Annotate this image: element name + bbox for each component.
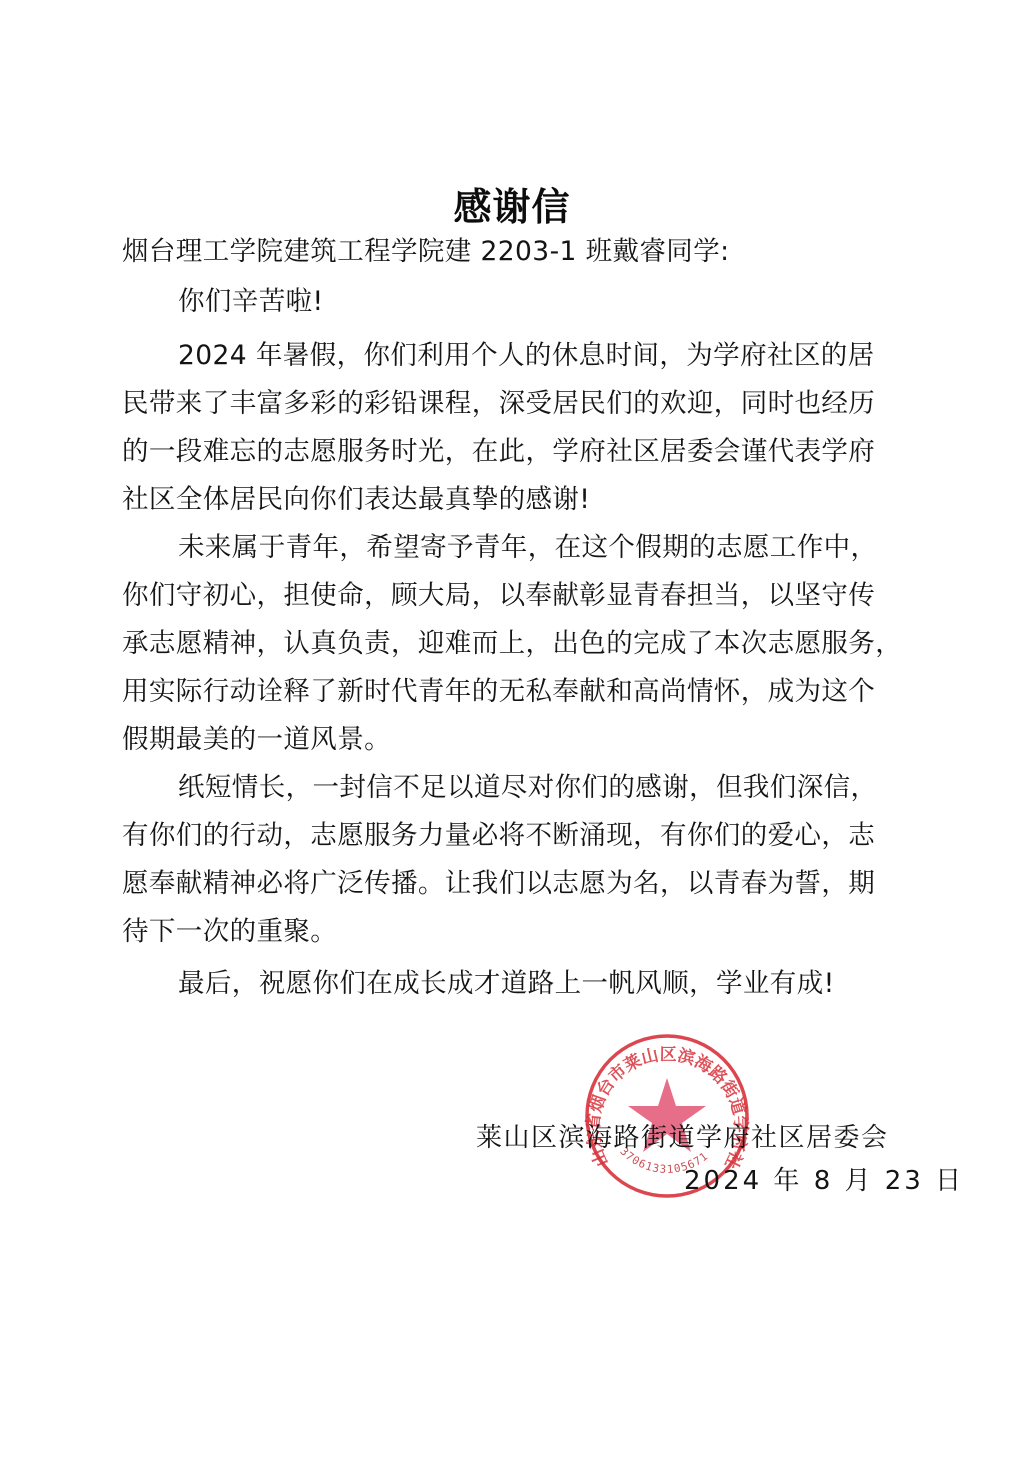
signature-organization: 莱山区滨海路街道学府社区居委会 — [476, 1117, 889, 1154]
letter-page: 感谢信 烟台理工学院建筑工程学院建 2203-1 班戴睿同学: 你们辛苦啦! 2… — [0, 0, 1024, 1466]
paragraph-line: 待下一次的重聚。 — [122, 916, 912, 948]
paragraph-line: 纸短情长，一封信不足以道尽对你们的感谢，但我们深信， — [178, 772, 968, 804]
paragraph-line: 的一段难忘的志愿服务时光，在此，学府社区居委会谨代表学府 — [122, 436, 912, 468]
paragraph-line: 民带来了丰富多彩的彩铅课程，深受居民们的欢迎，同时也经历 — [122, 388, 912, 420]
paragraph-line: 2024 年暑假，你们利用个人的休息时间，为学府社区的居 — [178, 340, 968, 372]
paragraph-line: 愿奉献精神必将广泛传播。让我们以志愿为名，以青春为誓，期 — [122, 868, 912, 900]
paragraph-line: 最后，祝愿你们在成长成才道路上一帆风顺，学业有成! — [178, 968, 968, 1000]
salutation: 烟台理工学院建筑工程学院建 2203-1 班戴睿同学: — [122, 236, 912, 268]
paragraph-line: 承志愿精神，认真负责，迎难而上，出色的完成了本次志愿服务， — [122, 628, 912, 660]
paragraph-line: 未来属于青年，希望寄予青年，在这个假期的志愿工作中， — [178, 532, 968, 564]
letter-title: 感谢信 — [0, 176, 1024, 231]
paragraph-line: 你们守初心，担使命，顾大局，以奉献彰显青春担当，以坚守传 — [122, 580, 912, 612]
greeting: 你们辛苦啦! — [178, 286, 968, 318]
signature-date: 2024 年 8 月 23 日 — [684, 1160, 964, 1197]
paragraph-line: 社区全体居民向你们表达最真挚的感谢! — [122, 484, 912, 516]
paragraph-line: 有你们的行动，志愿服务力量必将不断涌现，有你们的爱心，志 — [122, 820, 912, 852]
paragraph-line: 假期最美的一道风景。 — [122, 724, 912, 756]
paragraph-line: 用实际行动诠释了新时代青年的无私奉献和高尚情怀，成为这个 — [122, 676, 912, 708]
